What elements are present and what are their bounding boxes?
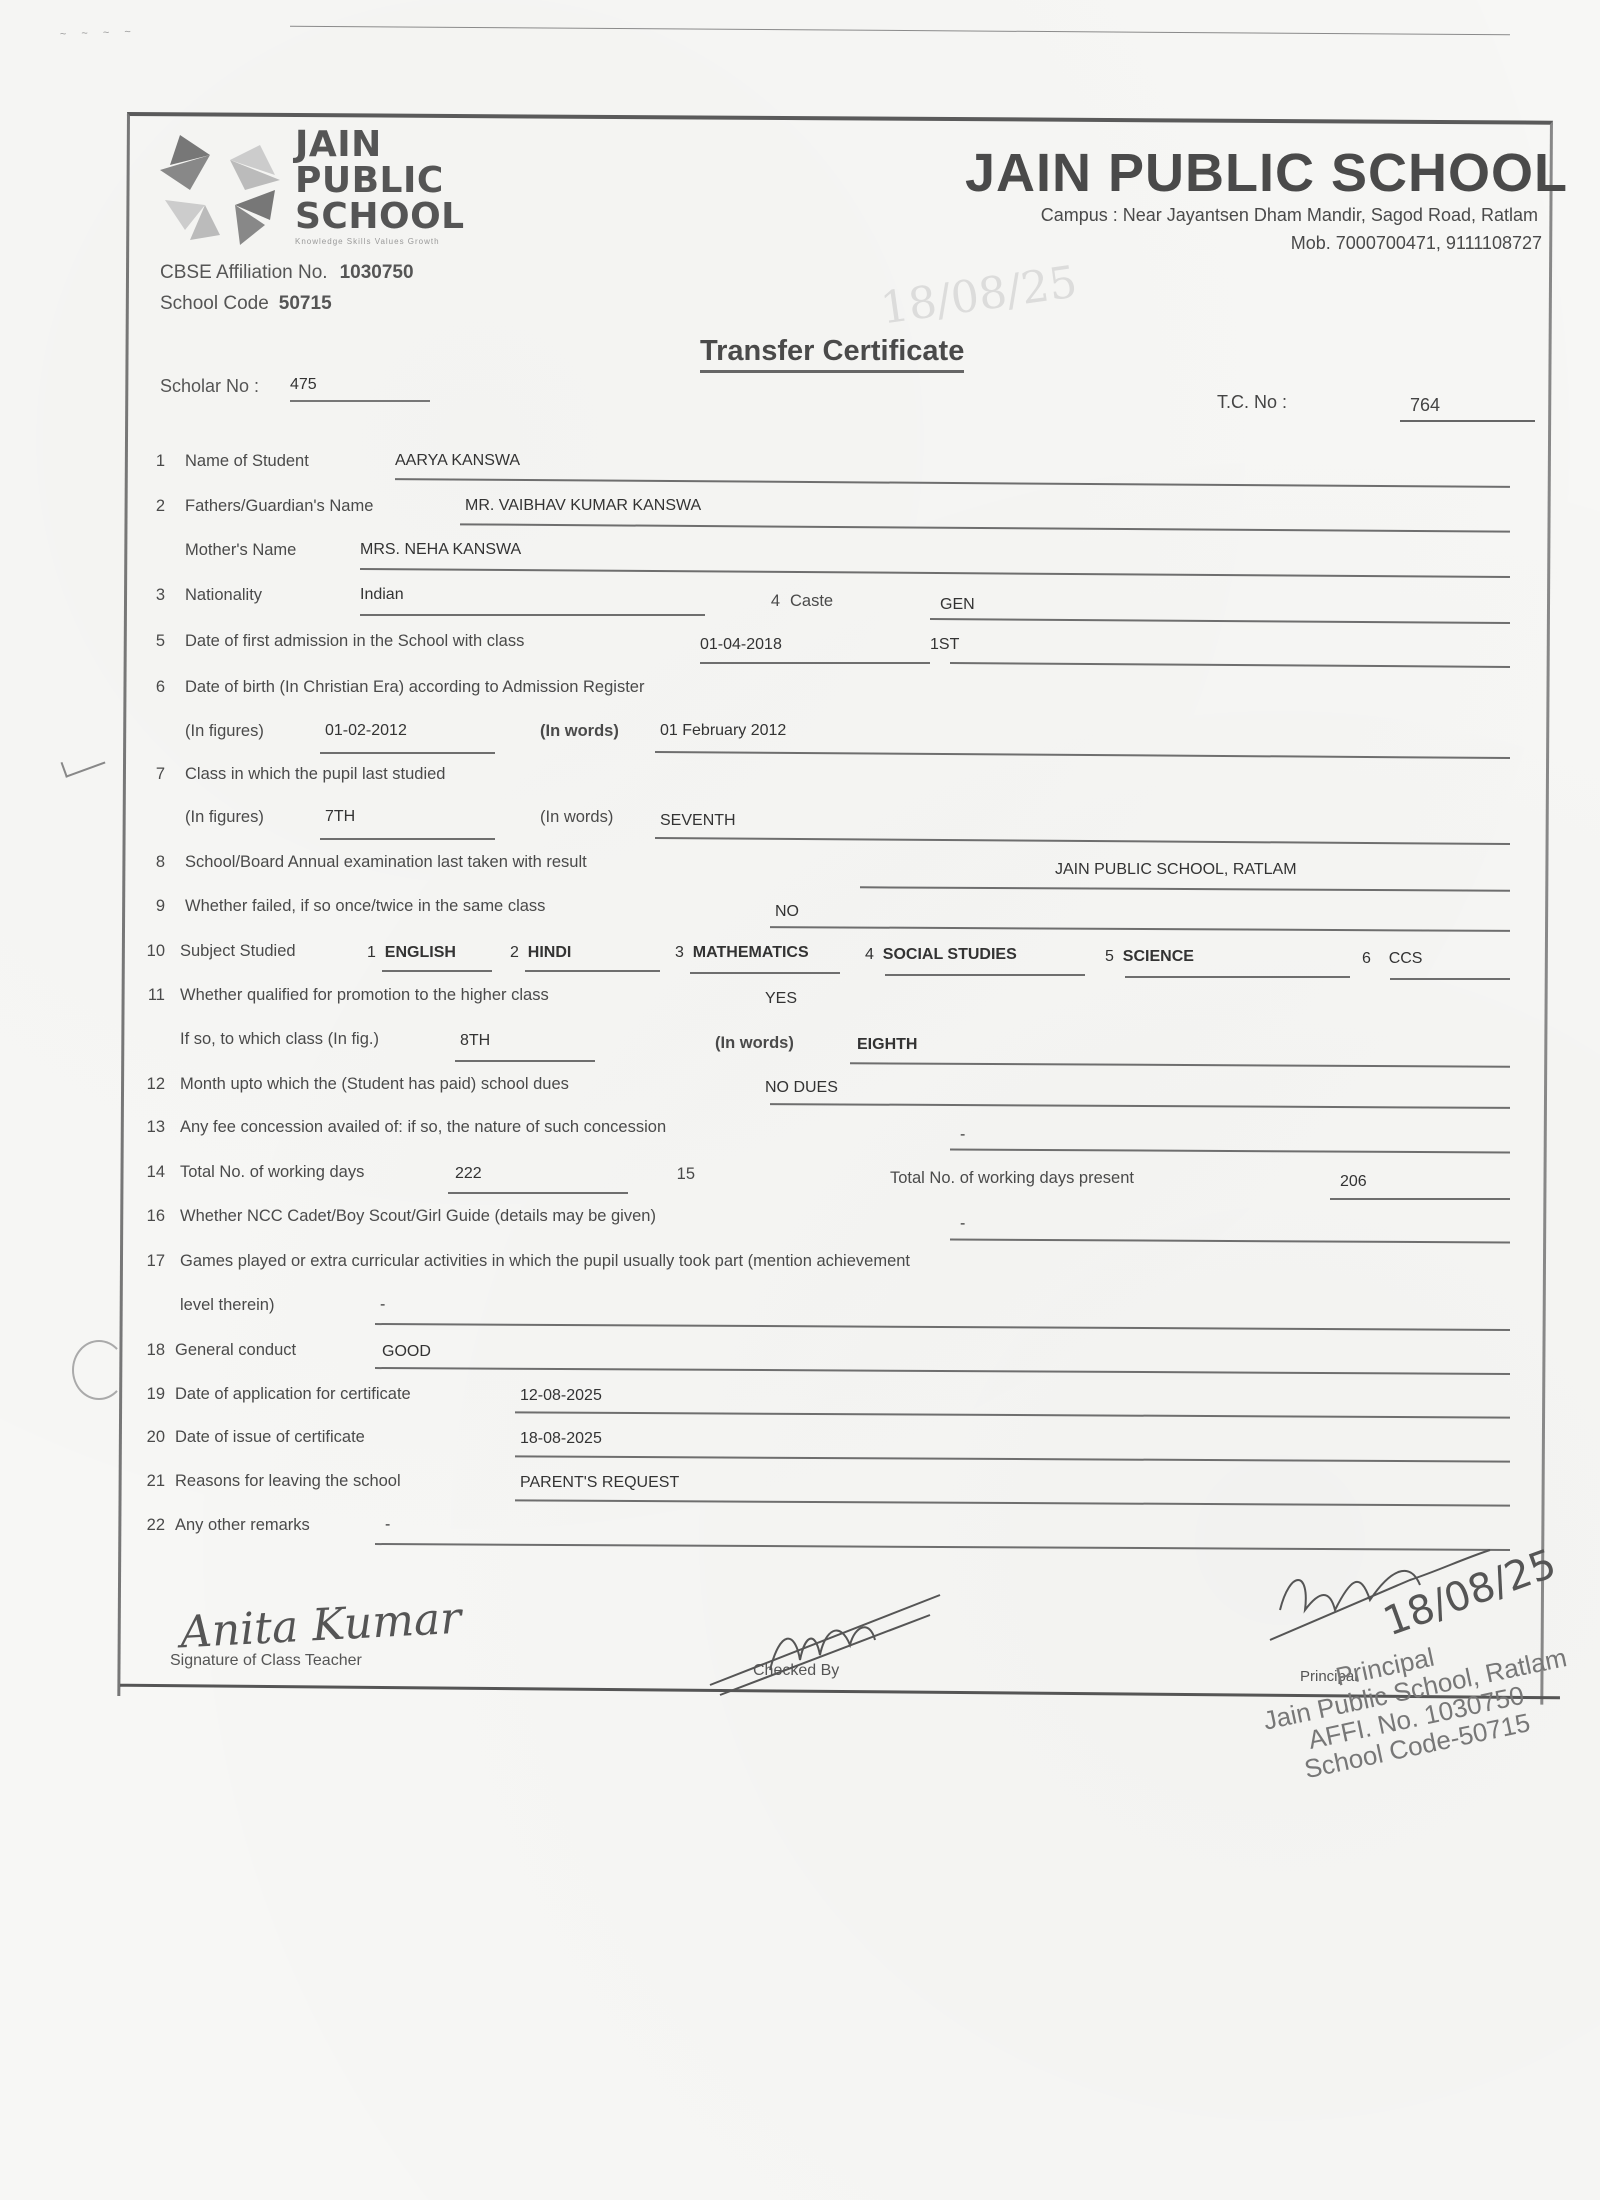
logo-word-3: SCHOOL — [295, 199, 465, 235]
subject-number: 3 — [675, 944, 684, 961]
subject-4: 4 SOCIAL STUDIES — [865, 946, 1017, 964]
school-code-value: 50715 — [279, 293, 332, 314]
field-number: 4 — [750, 592, 780, 611]
campus-address: Campus : Near Jayantsen Dham Mandir, Sag… — [1041, 205, 1538, 226]
cbse-value: 1030750 — [340, 262, 414, 283]
school-code-label: School Code — [160, 293, 269, 314]
field-number: 19 — [135, 1385, 165, 1404]
subject-name: SCIENCE — [1123, 948, 1194, 965]
scan-edge-line — [290, 26, 1510, 36]
words-label: (In words) — [715, 1034, 794, 1053]
field-label: Whether NCC Cadet/Boy Scout/Girl Guide (… — [180, 1207, 656, 1226]
field-number: 11 — [135, 986, 165, 1005]
field-value: GOOD — [382, 1343, 431, 1361]
underline — [885, 974, 1085, 976]
subject-name: ENGLISH — [385, 944, 456, 961]
field-value: Indian — [360, 586, 404, 604]
field-label: Games played or extra curricular activit… — [180, 1252, 910, 1271]
field-value: JAIN PUBLIC SCHOOL, RATLAM — [1055, 861, 1297, 879]
scholar-label: Scholar No : — [160, 376, 259, 396]
field-label: Name of Student — [185, 452, 309, 471]
subject-number: 4 — [865, 946, 874, 963]
logo-word-1: JAIN — [295, 127, 465, 163]
promotion-figures: 8TH — [460, 1032, 490, 1050]
subject-6: 6 CCS — [1362, 950, 1422, 968]
subject-name: SOCIAL STUDIES — [883, 946, 1017, 963]
underline — [448, 1192, 628, 1194]
underline — [700, 662, 930, 664]
scholar-value: 475 — [290, 376, 430, 402]
field-label: Date of birth (In Christian Era) accordi… — [185, 678, 644, 697]
field-number: 13 — [135, 1118, 165, 1137]
underline — [360, 614, 705, 616]
field-number: 12 — [135, 1075, 165, 1094]
logo-tagline: Knowledge Skills Values Growth — [295, 237, 440, 246]
subject-number: 5 — [1105, 948, 1114, 965]
field-number: 2 — [135, 497, 165, 516]
field-label: Whether failed, if so once/twice in the … — [185, 897, 545, 916]
field-number: 10 — [135, 942, 165, 961]
field-number: 7 — [135, 765, 165, 784]
field-label: Mother's Name — [185, 541, 296, 560]
underline — [320, 752, 495, 754]
tc-number-label: T.C. No : — [1217, 392, 1287, 413]
subject-number: 2 — [510, 944, 519, 961]
field-number: 14 — [135, 1163, 165, 1182]
dob-words: 01 February 2012 — [660, 722, 786, 740]
field-value: 222 — [455, 1165, 482, 1183]
field-value: MR. VAIBHAV KUMAR KANSWA — [465, 497, 701, 515]
field-number: 20 — [135, 1428, 165, 1447]
field-number: 8 — [135, 853, 165, 872]
field-label: School/Board Annual examination last tak… — [185, 853, 587, 872]
field-label: General conduct — [175, 1341, 296, 1360]
field-value: - — [960, 1126, 965, 1144]
field-label: Whether qualified for promotion to the h… — [180, 986, 549, 1005]
field-value: MRS. NEHA KANSWA — [360, 541, 521, 559]
subject-2: 2 HINDI — [510, 944, 571, 962]
field-label: Date of first admission in the School wi… — [185, 632, 524, 651]
promotion-words: EIGHTH — [857, 1036, 917, 1054]
field-label: Total No. of working days present — [890, 1169, 1134, 1188]
field-number: 16 — [135, 1207, 165, 1226]
field-number: 21 — [135, 1472, 165, 1491]
underline — [382, 970, 492, 972]
butterfly-logo-icon — [150, 125, 290, 255]
field-label: Date of application for certificate — [175, 1385, 411, 1404]
field-label: Fathers/Guardian's Name — [185, 497, 373, 516]
field-value: 18-08-2025 — [520, 1430, 602, 1448]
subject-number: 6 — [1362, 950, 1371, 967]
pen-mark — [61, 748, 106, 777]
field-label: Any other remarks — [175, 1516, 310, 1535]
field-label: If so, to which class (In fig.) — [180, 1030, 379, 1049]
field-label: Class in which the pupil last studied — [185, 765, 445, 784]
figures-label: (In figures) — [185, 808, 264, 827]
subject-number: 1 — [367, 944, 376, 961]
field-number: 22 — [135, 1516, 165, 1535]
checked-by-signature-icon — [700, 1590, 950, 1700]
field-value: 12-08-2025 — [520, 1387, 602, 1405]
field-label: Any fee concession availed of: if so, th… — [180, 1118, 666, 1137]
field-value: AARYA KANSWA — [395, 452, 520, 470]
field-label: level therein) — [180, 1296, 274, 1315]
cbse-affiliation: CBSE Affiliation No.1030750 — [160, 262, 414, 284]
field-label: Month upto which the (Student has paid) … — [180, 1075, 569, 1094]
logo-wordmark: JAIN PUBLIC SCHOOL — [295, 127, 465, 235]
field-number: 9 — [135, 897, 165, 916]
field-number: 18 — [135, 1341, 165, 1360]
tc-number-value: 764 — [1400, 395, 1535, 422]
admission-class: 1ST — [930, 636, 959, 654]
words-label: (In words) — [540, 808, 613, 827]
figures-label: (In figures) — [185, 722, 264, 741]
school-name: JAIN PUBLIC SCHOOL — [965, 142, 1568, 204]
logo-word-2: PUBLIC — [295, 163, 465, 199]
field-value: NO — [775, 903, 799, 921]
field-number: 5 — [135, 632, 165, 651]
field-value: - — [385, 1516, 390, 1534]
last-class-figures: 7TH — [325, 808, 355, 826]
underline — [525, 970, 660, 972]
field-label: Reasons for leaving the school — [175, 1472, 401, 1491]
scholar-number: Scholar No : 475 — [160, 376, 259, 397]
subject-name: HINDI — [528, 944, 572, 961]
subject-3: 3 MATHEMATICS — [675, 944, 809, 962]
school-logo: JAIN PUBLIC SCHOOL Knowledge Skills Valu… — [150, 125, 470, 275]
underline — [320, 838, 495, 840]
field-value: GEN — [940, 596, 975, 614]
field-number: 15 — [665, 1165, 695, 1184]
cbse-label: CBSE Affiliation No. — [160, 262, 328, 283]
subject-1: 1 ENGLISH — [367, 944, 456, 962]
field-label: Total No. of working days — [180, 1163, 364, 1182]
subject-5: 5 SCIENCE — [1105, 948, 1194, 966]
field-value: NO DUES — [765, 1079, 838, 1097]
field-label: Date of issue of certificate — [175, 1428, 365, 1447]
field-label: Caste — [790, 592, 833, 611]
underline — [1125, 976, 1350, 978]
field-value: PARENT'S REQUEST — [520, 1474, 679, 1492]
field-value: YES — [765, 990, 797, 1008]
checked-by-label: Checked By — [753, 1662, 839, 1680]
underline — [1390, 978, 1510, 980]
field-number: 6 — [135, 678, 165, 697]
school-code: School Code50715 — [160, 293, 332, 315]
field-label: Subject Studied — [180, 942, 296, 961]
class-teacher-label: Signature of Class Teacher — [170, 1652, 362, 1670]
field-value: - — [380, 1296, 385, 1314]
underline — [455, 1060, 595, 1062]
days-present-value: 206 — [1340, 1173, 1367, 1191]
field-number: 1 — [135, 452, 165, 471]
punch-hole — [72, 1340, 126, 1400]
document-title: Transfer Certificate — [700, 335, 964, 373]
admission-date: 01-04-2018 — [700, 636, 782, 654]
field-number: 17 — [135, 1252, 165, 1271]
subject-name: CCS — [1389, 950, 1423, 967]
dob-figures: 01-02-2012 — [325, 722, 407, 740]
field-number: 3 — [135, 586, 165, 605]
words-label: (In words) — [540, 722, 619, 741]
subject-name: MATHEMATICS — [693, 944, 809, 961]
underline — [1330, 1198, 1510, 1200]
mobile-numbers: Mob. 7000700471, 9111108727 — [1291, 233, 1542, 254]
field-value: - — [960, 1215, 965, 1233]
underline — [690, 972, 840, 974]
scan-smudge: ~ ~ ~ ~ — [60, 19, 321, 48]
last-class-words: SEVENTH — [660, 812, 736, 830]
field-label: Nationality — [185, 586, 262, 605]
